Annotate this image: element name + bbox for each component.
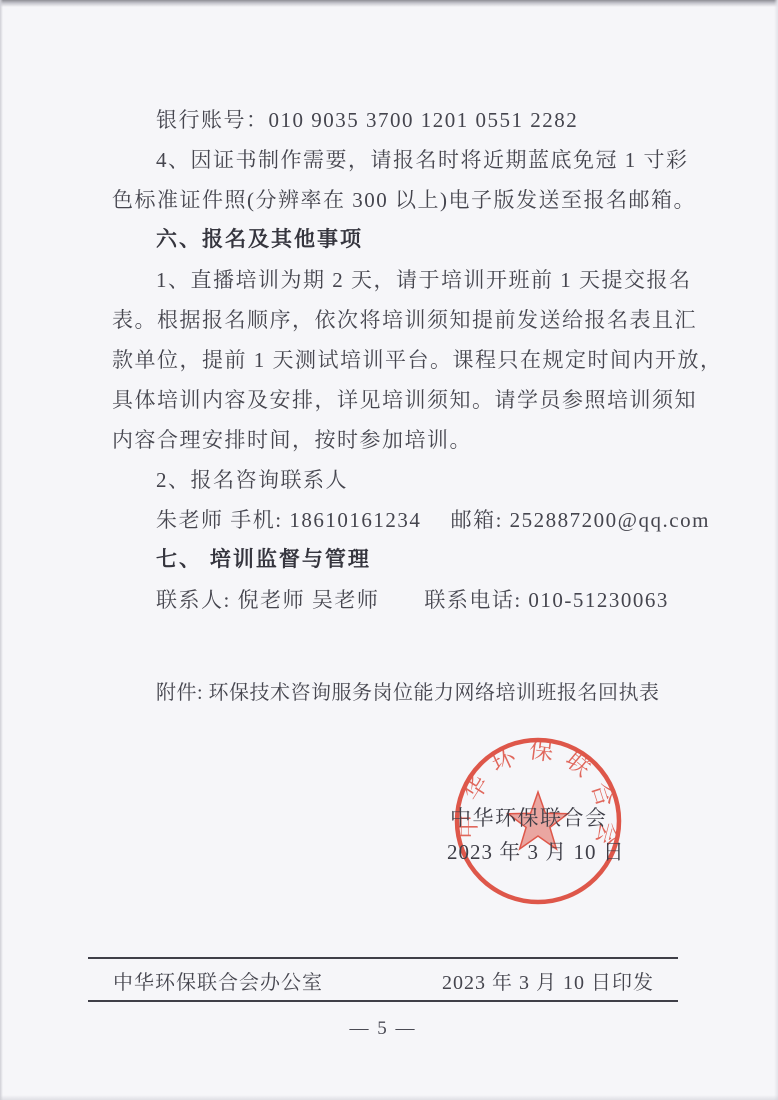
section-heading-six: 六、报名及其他事项 bbox=[112, 220, 678, 260]
body-line-bank-account: 银行账号：010 9035 3700 1201 0551 2282 bbox=[112, 100, 678, 140]
body-line: 具体培训内容及安排，详见培训须知。请学员参照培训须知 bbox=[112, 380, 678, 420]
page-number: — 5 — bbox=[88, 1014, 678, 1044]
scan-edge-left bbox=[0, 0, 3, 1100]
body-line: 色标准证件照(分辨率在 300 以上)电子版发送至报名邮箱。 bbox=[112, 180, 678, 220]
body-line: 2、报名咨询联系人 bbox=[112, 460, 678, 500]
footer-rule-bottom bbox=[88, 1000, 678, 1002]
body-line: 1、直播培训为期 2 天，请于培训开班前 1 天提交报名 bbox=[112, 260, 678, 300]
scan-edge-top bbox=[0, 0, 778, 7]
body-line: 款单位，提前 1 天测试培训平台。课程只在规定时间内开放， bbox=[112, 340, 678, 380]
section-heading-seven: 七、 培训监督与管理 bbox=[112, 540, 678, 580]
body-text: 银行账号：010 9035 3700 1201 0551 2282 4、因证书制… bbox=[112, 100, 678, 620]
scan-edge-bottom bbox=[0, 1095, 778, 1100]
footer-issue-date: 2023 年 3 月 10 日印发 bbox=[442, 966, 678, 995]
body-line: 内容合理安排时间，按时参加培训。 bbox=[112, 420, 678, 460]
body-line-contact: 朱老师 手机: 18610161234 邮箱: 252887200@qq.com bbox=[112, 500, 678, 540]
footer: 中华环保联合会办公室 2023 年 3 月 10 日印发 bbox=[88, 960, 678, 1000]
attachment-line: 附件: 环保技术咨询服务岗位能力网络培训班报名回执表 bbox=[156, 676, 660, 705]
footer-rule-top bbox=[88, 957, 678, 959]
body-line: 4、因证书制作需要，请报名时将近期蓝底免冠 1 寸彩 bbox=[112, 140, 678, 180]
document-page: 银行账号：010 9035 3700 1201 0551 2282 4、因证书制… bbox=[0, 0, 778, 1100]
signature-org: 中华环保联合会 bbox=[450, 802, 608, 832]
body-line: 表。根据报名顺序，依次将培训须知提前发送给报名表且汇 bbox=[112, 300, 678, 340]
footer-issuer: 中华环保联合会办公室 bbox=[88, 966, 323, 995]
scan-edge-right bbox=[774, 0, 778, 1100]
signature-date: 2023 年 3 月 10 日 bbox=[447, 836, 625, 866]
body-line-supervision-contact: 联系人: 倪老师 吴老师 联系电话: 010-51230063 bbox=[112, 580, 678, 620]
